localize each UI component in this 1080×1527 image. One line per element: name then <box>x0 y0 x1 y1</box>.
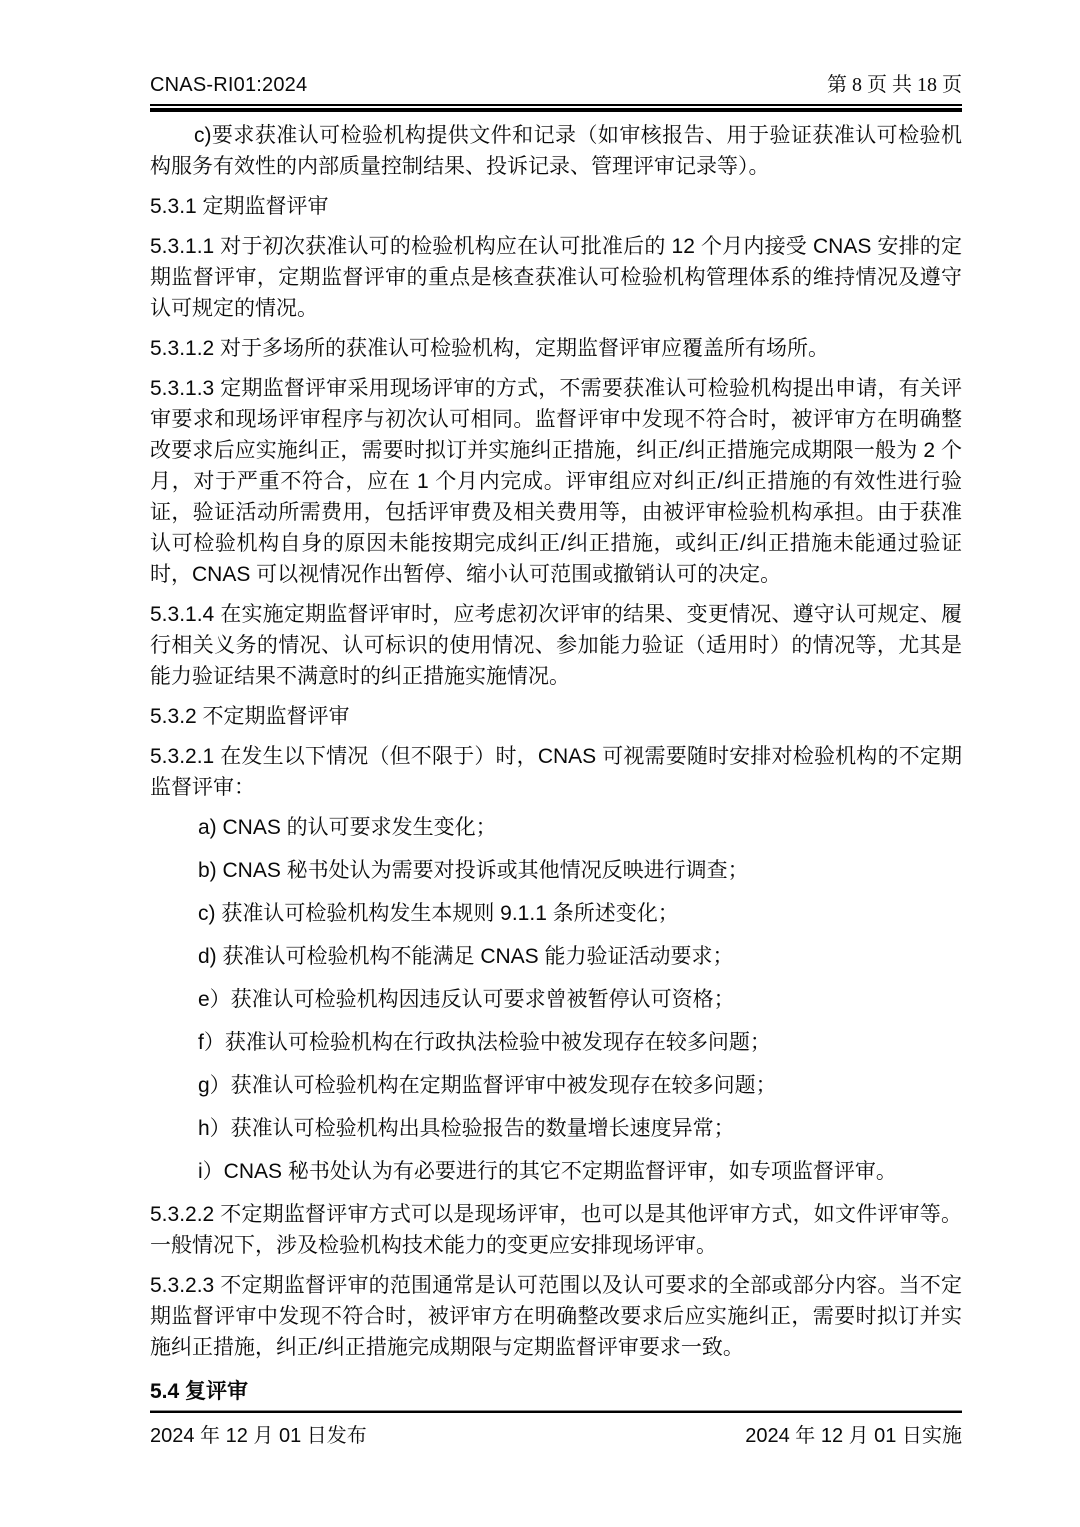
list-item: e）获准认可检验机构因违反认可要求曾被暂停认可资格； <box>150 984 962 1015</box>
page-header: CNAS-RI01:2024 第 8 页 共 18 页 <box>150 68 962 112</box>
clause-paragraph: 5.3.2.3 不定期监督评审的范围通常是认可范围以及认可要求的全部或部分内容。… <box>150 1270 962 1363</box>
document-body: c)要求获准认可检验机构提供文件和记录（如审核报告、用于验证获准认可检验机构服务… <box>150 120 962 1416</box>
clause-paragraph: 5.3.2.1 在发生以下情况（但不限于）时，CNAS 可视需要随时安排对检验机… <box>150 741 962 803</box>
clause-paragraph: 5.3.1.3 定期监督评审采用现场评审的方式，不需要获准认可检验机构提出申请，… <box>150 373 962 590</box>
list-item: i）CNAS 秘书处认为有必要进行的其它不定期监督评审，如专项监督评审。 <box>150 1156 962 1187</box>
clause-paragraph: 5.3.1.4 在实施定期监督评审时，应考虑初次评审的结果、变更情况、遵守认可规… <box>150 599 962 692</box>
list-item: a) CNAS 的认可要求发生变化； <box>150 812 962 843</box>
implement-date: 2024 年 12 月 01 日实施 <box>745 1419 962 1448</box>
list-item: d) 获准认可检验机构不能满足 CNAS 能力验证活动要求； <box>150 941 962 972</box>
header-rule-bottom <box>150 108 962 112</box>
document-code: CNAS-RI01:2024 <box>150 74 307 97</box>
clause-paragraph: 5.3.2 不定期监督评审 <box>150 701 962 732</box>
clause-paragraph: 5.3.1.1 对于初次获准认可的检验机构应在认可批准后的 12 个月内接受 C… <box>150 231 962 324</box>
paragraph: c)要求获准认可检验机构提供文件和记录（如审核报告、用于验证获准认可检验机构服务… <box>150 120 962 182</box>
release-date: 2024 年 12 月 01 日发布 <box>150 1419 367 1448</box>
section-heading: 5.4 复评审 <box>150 1376 962 1407</box>
footer-rule-bottom <box>150 1411 962 1413</box>
list-item: h）获准认可检验机构出具检验报告的数量增长速度异常； <box>150 1113 962 1144</box>
document-page: CNAS-RI01:2024 第 8 页 共 18 页 c)要求获准认可检验机构… <box>0 0 1080 1527</box>
clause-paragraph: 5.3.2.2 不定期监督评审方式可以是现场评审，也可以是其他评审方式，如文件评… <box>150 1199 962 1261</box>
page-number-indicator: 第 8 页 共 18 页 <box>827 68 962 97</box>
list-item: b) CNAS 秘书处认为需要对投诉或其他情况反映进行调查； <box>150 855 962 886</box>
list-item: f）获准认可检验机构在行政执法检验中被发现存在较多问题； <box>150 1027 962 1058</box>
list-item: g）获准认可检验机构在定期监督评审中被发现存在较多问题； <box>150 1070 962 1101</box>
page-footer: 2024 年 12 月 01 日发布 2024 年 12 月 01 日实施 <box>150 1410 962 1448</box>
list-item: c) 获准认可检验机构发生本规则 9.1.1 条所述变化； <box>150 898 962 929</box>
clause-paragraph: 5.3.1 定期监督评审 <box>150 191 962 222</box>
clause-paragraph: 5.3.1.2 对于多场所的获准认可检验机构，定期监督评审应覆盖所有场所。 <box>150 333 962 364</box>
